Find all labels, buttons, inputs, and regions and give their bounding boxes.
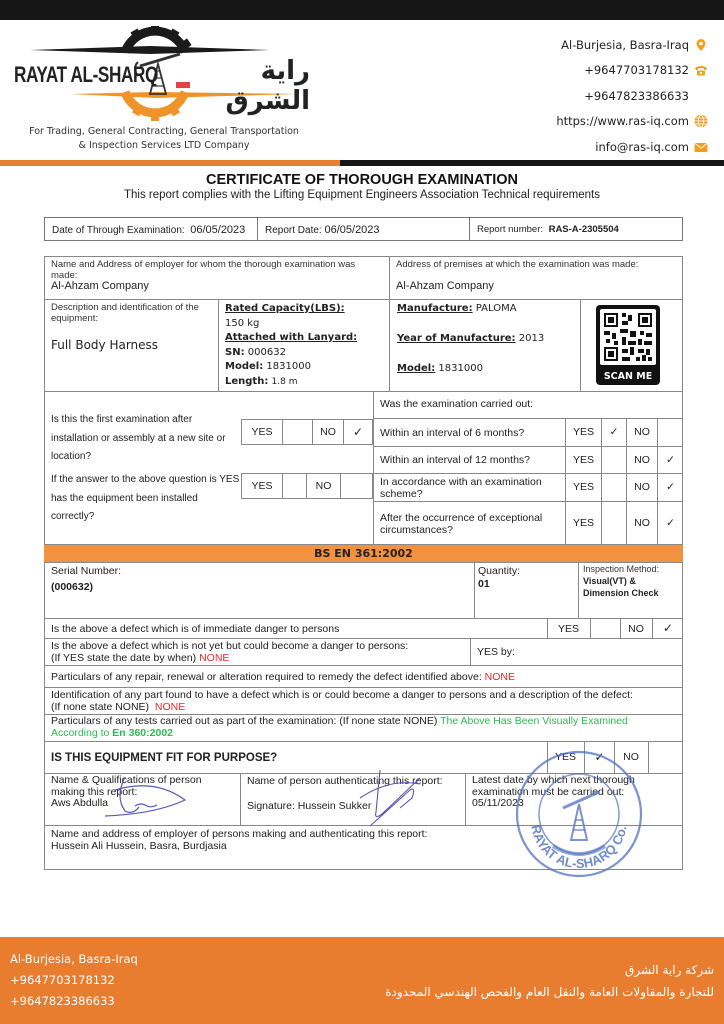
divider [44, 618, 683, 619]
year-label: Year of Manufacture: [397, 333, 516, 344]
contact-website-link[interactable]: https://www.ras-iq.com [556, 114, 689, 128]
certificate-subtitle: This report complies with the Lifting Eq… [0, 189, 724, 201]
next-exam-date: 05/11/2023 [472, 798, 635, 810]
maker-label-1: Name & Qualifications of person [51, 775, 202, 787]
no-label: NO [626, 418, 657, 446]
no-label: NO [626, 501, 657, 544]
report-number-value: RAS-A-2305504 [549, 224, 619, 235]
no-label: NO [626, 473, 657, 501]
contact-email-link[interactable]: info@ras-iq.com [595, 140, 689, 154]
rated-capacity-value: 150 kg [225, 317, 357, 332]
future-danger-value: NONE [199, 652, 229, 664]
repair-label: Particulars of any repair, renewal or al… [51, 671, 482, 683]
repair-value: NONE [485, 671, 515, 683]
phone-icon [694, 63, 708, 77]
exceptional-circumstances-label: After the occurrence of exceptional circ… [380, 512, 560, 536]
divider [240, 773, 241, 825]
serial-label: Serial Number: [51, 565, 121, 577]
tests-standard: En 360:2002 [112, 727, 173, 739]
footer-arabic-line-1: شركة راية الشرق [385, 959, 714, 981]
divider [44, 638, 683, 639]
no-checkbox[interactable]: ✓ [657, 446, 683, 473]
divider [218, 299, 219, 392]
equipment-name: Full Body Harness [51, 338, 158, 352]
qr-code-icon [600, 309, 656, 365]
authenticator-signature-label: Signature: [247, 800, 295, 812]
year-row: Year of Manufacture: 2013 [397, 333, 544, 344]
dates-row: Date of Through Examination: 06/05/2023 … [44, 217, 683, 241]
fit-yes-label: YES [547, 751, 584, 763]
report-employer-label: Name and address of employer of persons … [51, 828, 427, 840]
sn-label: SN: [225, 347, 245, 358]
model-row: Model: 1831000 [225, 360, 357, 375]
fit-for-purpose-label: IS THIS EQUIPMENT FIT FOR PURPOSE? [51, 752, 277, 764]
contact-phone-1: +9647703178132 [556, 58, 708, 84]
yes-label: YES [565, 418, 601, 446]
yes-checkbox[interactable] [601, 446, 626, 473]
divider [44, 687, 683, 688]
yes-label: YES [242, 420, 283, 444]
method-label: Inspection Method: [583, 564, 659, 574]
yes-checkbox[interactable] [283, 474, 307, 498]
length-value: 1.8 m [272, 377, 298, 387]
yes-checkbox[interactable]: ✓ [601, 418, 626, 446]
tagline-line-1: For Trading, General Contracting, Genera… [14, 125, 314, 139]
yes-label: YES [565, 473, 601, 501]
serial-value: (000632) [51, 581, 93, 593]
report-maker-cell: Name & Qualifications of person making t… [51, 775, 202, 810]
divider [578, 562, 579, 618]
yes-checkbox[interactable] [601, 501, 626, 544]
certificate-title: CERTIFICATE OF THOROUGH EXAMINATION [0, 172, 724, 188]
footer-arabic-line-2: للتجارة والمقاولات العامة والنقل العام و… [385, 981, 714, 1003]
model-label: Model: [225, 361, 263, 372]
future-danger-cell: Is the above a defect which is not yet b… [51, 640, 408, 664]
divider [44, 562, 683, 563]
immediate-yes-label: YES [547, 623, 590, 635]
footer: Al-Burjesia, Basra-Iraq +9647703178132 +… [0, 937, 724, 1024]
company-logo: RAYAT AL-SHARQ راية الشرق [10, 24, 310, 124]
manufacture-row: Manufacture: PALOMA [397, 303, 517, 314]
question-first-exam: Is this the first examination after inst… [51, 411, 241, 467]
method-line-2: Dimension Check [583, 588, 659, 600]
first-exam-yes-no: YES NO ✓ [241, 419, 373, 445]
model2-value: 1831000 [438, 363, 483, 374]
standard-band: BS EN 361:2002 [44, 545, 683, 562]
report-employer-value: Hussein Ali Hussein, Basra, Burdjasia [51, 840, 427, 852]
no-label: NO [307, 474, 341, 498]
report-employer-cell: Name and address of employer of persons … [51, 828, 427, 852]
installed-correctly-yes-no: YES NO [241, 473, 373, 499]
tests-value-2: According to [51, 727, 109, 739]
future-danger-sub: (If YES state the date by when) [51, 652, 196, 664]
report-date-value: 06/05/2023 [324, 224, 379, 236]
attached-label: Attached with Lanyard: [225, 331, 357, 346]
fit-no-checkbox[interactable] [649, 741, 683, 773]
repair-row: Particulars of any repair, renewal or al… [51, 671, 515, 683]
contact-address: Al-Burjesia, Basra-Iraq [556, 32, 708, 58]
divider [44, 299, 683, 300]
logo-arabic-text: راية الشرق [208, 56, 310, 116]
no-checkbox[interactable] [657, 418, 683, 446]
no-checkbox[interactable]: ✓ [657, 473, 683, 501]
tests-label: Particulars of any tests carried out as … [51, 715, 437, 727]
authenticator-name: Hussein Sukker [298, 800, 372, 812]
tests-value-1: The Above Has Been Visually Examined [440, 715, 628, 727]
employer-label: Name and Address of employer for whom th… [51, 259, 381, 281]
part-defect-sub-row: (If none state NONE) NONE [51, 701, 633, 713]
model2-label: Model: [397, 363, 435, 374]
yes-label: YES [565, 501, 601, 544]
no-checkbox[interactable] [341, 474, 372, 498]
divider [580, 299, 581, 392]
length-row: Length: 1.8 m [225, 375, 357, 390]
method-value: Visual(VT) & Dimension Check [583, 576, 659, 599]
manufacture-label: Manufacture: [397, 303, 473, 314]
authenticator-signature-row: Signature: Hussein Sukker [247, 800, 371, 812]
no-label: NO [626, 446, 657, 473]
yes-checkbox[interactable] [283, 420, 313, 444]
no-checkbox[interactable]: ✓ [344, 420, 372, 444]
logo-english-text: RAYAT AL-SHARQ [14, 62, 158, 88]
contact-phone-1-text[interactable]: +9647703178132 [584, 63, 689, 77]
carried-out-heading: Was the examination carried out: [380, 398, 533, 410]
footer-arabic-company: شركة راية الشرق للتجارة والمقاولات العام… [385, 959, 714, 1003]
yes-checkbox[interactable] [601, 473, 626, 501]
footer-contact: Al-Burjesia, Basra-Iraq +9647703178132 +… [10, 949, 138, 1012]
interval-6-months-label: Within an interval of 6 months? [380, 427, 524, 439]
year-value: 2013 [519, 333, 544, 344]
rated-capacity-label: Rated Capacity(LBS): [225, 302, 357, 317]
equipment-desc-label: Description and identification of the eq… [51, 302, 211, 324]
top-bar [0, 0, 724, 20]
exam-scheme-label: In accordance with an examination scheme… [380, 476, 560, 500]
no-label: NO [313, 420, 344, 444]
sn-row: SN: 000632 [225, 346, 357, 361]
contact-phone-2: +9647823386633 [556, 83, 708, 109]
footer-address: Al-Burjesia, Basra-Iraq [10, 949, 138, 970]
location-pin-icon [694, 38, 708, 52]
yes-by-label: YES by: [477, 646, 515, 658]
premises-label: Address of premises at which the examina… [396, 259, 676, 270]
divider [44, 825, 683, 826]
divider [44, 391, 683, 392]
company-tagline: For Trading, General Contracting, Genera… [14, 125, 314, 153]
model-value: 1831000 [266, 361, 311, 372]
length-label: Length: [225, 376, 268, 387]
report-number-cell: Report number: RAS-A-2305504 [470, 218, 682, 240]
part-defect-sub: (If none state NONE) [51, 701, 149, 713]
report-date-label: Report Date: [265, 225, 322, 236]
equipment-specs: Rated Capacity(LBS): 150 kg Attached wit… [225, 302, 357, 389]
authenticator-label: Name of person authenticating this repor… [247, 775, 443, 787]
tests-cell: Particulars of any tests carried out as … [51, 715, 676, 739]
yes-label: YES [242, 474, 283, 498]
header-divider [0, 160, 724, 166]
question-installed-correctly: If the answer to the above question is Y… [51, 471, 241, 527]
interval-12-months-label: Within an interval of 12 months? [380, 454, 530, 466]
report-number-label: Report number: [477, 224, 543, 235]
exam-date-label: Date of Through Examination: [52, 225, 185, 236]
no-checkbox[interactable]: ✓ [657, 501, 683, 544]
fit-yes-checkbox[interactable]: ✓ [585, 741, 614, 773]
sn-value: 000632 [248, 347, 286, 358]
quantity-label: Quantity: [478, 565, 520, 577]
divider [373, 391, 374, 544]
immediate-no-label: NO [620, 623, 652, 635]
future-danger-sub-row: (If YES state the date by when) NONE [51, 652, 408, 664]
contact-website: https://www.ras-iq.com [556, 109, 708, 135]
manufacture-value: PALOMA [476, 303, 517, 314]
future-danger-label: Is the above a defect which is not yet b… [51, 640, 408, 652]
exam-date-value: 06/05/2023 [190, 224, 245, 236]
quantity-value: 01 [478, 578, 490, 590]
contact-phone-2-text[interactable]: +9647823386633 [584, 89, 689, 103]
qr-scan-label: SCAN ME [596, 371, 660, 382]
fit-no-label: NO [614, 751, 648, 763]
contact-email: info@ras-iq.com [556, 134, 708, 160]
model2-row: Model: 1831000 [397, 363, 483, 374]
envelope-icon [694, 140, 708, 154]
footer-phone-1: +9647703178132 [10, 970, 138, 991]
report-date-cell: Report Date: 06/05/2023 [258, 218, 470, 240]
employer-value: Al-Ahzam Company [51, 280, 149, 292]
part-defect-cell: Identification of any part found to have… [51, 689, 633, 713]
divider [465, 773, 466, 825]
maker-name: Aws Abdulla [51, 798, 202, 810]
qr-code[interactable]: SCAN ME [596, 305, 660, 385]
part-defect-label: Identification of any part found to have… [51, 689, 633, 701]
divider [474, 562, 475, 618]
contact-info: Al-Burjesia, Basra-Iraq +9647703178132 +… [556, 32, 708, 160]
immediate-yes-checkbox[interactable] [591, 618, 620, 638]
premises-value: Al-Ahzam Company [396, 280, 494, 292]
immediate-danger-label: Is the above a defect which is of immedi… [51, 623, 339, 635]
exam-date-cell: Date of Through Examination: 06/05/2023 [45, 218, 258, 240]
divider [44, 665, 683, 666]
method-line-1: Visual(VT) & [583, 576, 659, 588]
divider [389, 256, 390, 392]
globe-icon [694, 114, 708, 128]
next-exam-label-1: Latest date by which next thorough [472, 775, 635, 787]
yes-label: YES [565, 446, 601, 473]
divider [470, 638, 471, 665]
footer-phone-2: +9647823386633 [10, 991, 138, 1012]
contact-address-text: Al-Burjesia, Basra-Iraq [561, 38, 689, 52]
tagline-line-2: & Inspection Services LTD Company [14, 139, 314, 153]
immediate-no-checkbox[interactable]: ✓ [653, 618, 683, 638]
part-defect-value: NONE [155, 701, 185, 713]
next-exam-cell: Latest date by which next thorough exami… [472, 775, 635, 810]
